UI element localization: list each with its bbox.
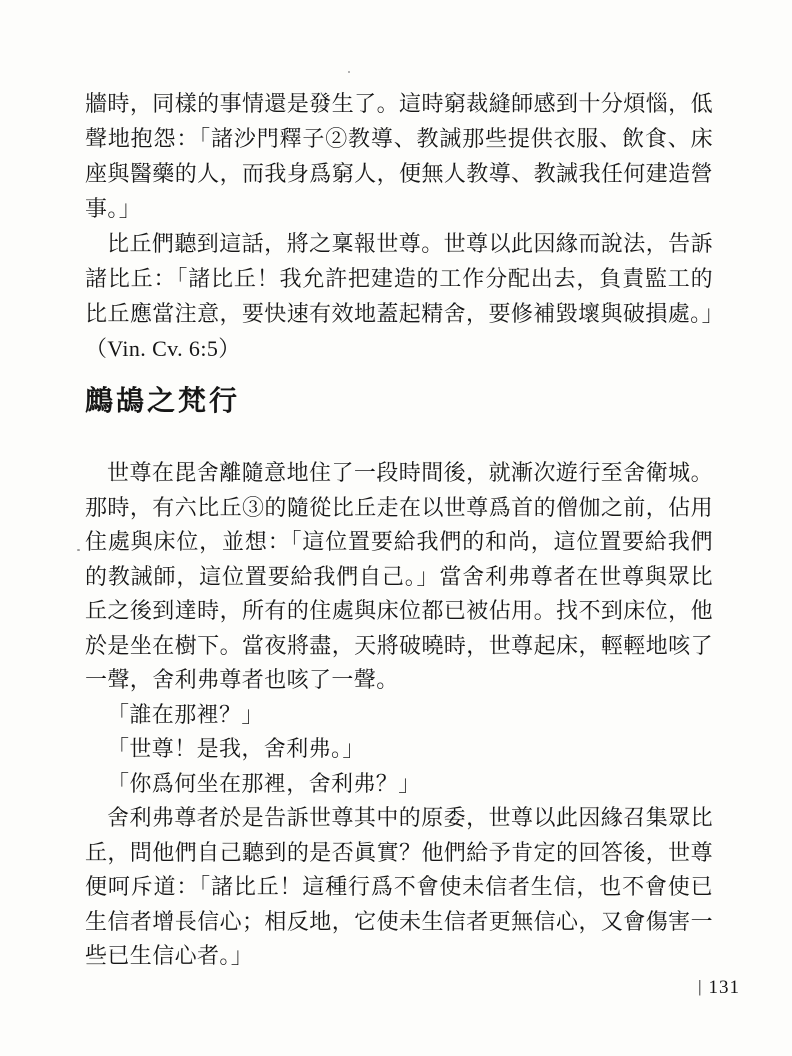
body-paragraph: 舍利弗尊者於是告訴世尊其中的原委，世尊以此因緣召集眾比丘，問他們自己聽到的是否眞… — [85, 801, 713, 974]
book-page: 牆時，同樣的事情還是發生了。這時窮裁縫師感到十分煩惱，低聲地抱怨：「諸沙門釋子②… — [0, 0, 792, 1056]
scan-artifact-dot — [77, 549, 80, 551]
section-after-heading: 世尊在毘舍離隨意地住了一段時間後，就漸次遊行至舍衛城。那時，有六比丘③的隨從比丘… — [85, 456, 713, 974]
dialogue-line: 「誰在那裡？」 — [85, 698, 713, 733]
body-paragraph: 牆時，同樣的事情還是發生了。這時窮裁縫師感到十分煩惱，低聲地抱怨：「諸沙門釋子②… — [85, 86, 713, 226]
page-number-separator: | — [698, 977, 701, 997]
scan-artifact-dot — [348, 71, 350, 73]
page-number: 131 — [709, 977, 741, 999]
section-heading: 鷓鴣之梵行 — [85, 382, 713, 422]
dialogue-line: 「你爲何坐在那裡，舍利弗？」 — [85, 767, 713, 802]
section-before-heading: 牆時，同樣的事情還是發生了。這時窮裁縫師感到十分煩惱，低聲地抱怨：「諸沙門釋子②… — [85, 86, 713, 366]
text-block: 牆時，同樣的事情還是發生了。這時窮裁縫師感到十分煩惱，低聲地抱怨：「諸沙門釋子②… — [85, 86, 713, 974]
body-paragraph: 比丘們聽到這話，將之稟報世尊。世尊以此因緣而說法，告訴諸比丘：「諸比丘！我允許把… — [85, 226, 713, 366]
page-footer: | 131 — [698, 975, 740, 1001]
body-paragraph: 世尊在毘舍離隨意地住了一段時間後，就漸次遊行至舍衛城。那時，有六比丘③的隨從比丘… — [85, 456, 713, 698]
dialogue-line: 「世尊！是我，舍利弗。」 — [85, 732, 713, 767]
